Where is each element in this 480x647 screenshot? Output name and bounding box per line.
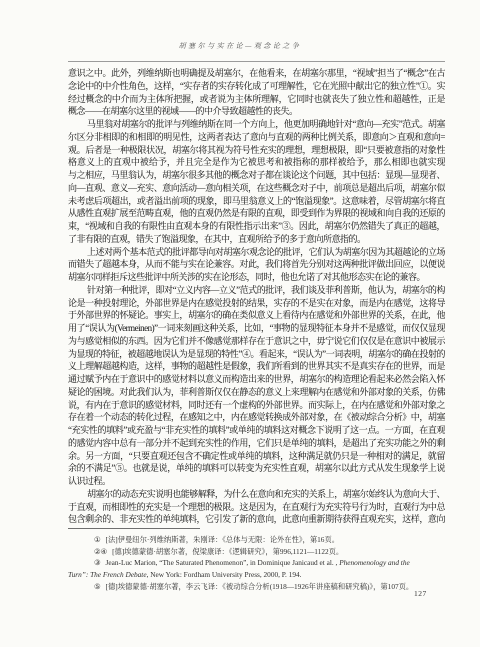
body-line: 用了“误认为(Vermeinen)”一词来刻画这种关系，比如，“事物的显现特征本… (68, 322, 445, 335)
footnote-marker: ① (94, 535, 101, 544)
body-line: 束，“视域和自我的有限性由直观本身的有限性指示出来”③。因此，胡塞尔仍然错失了真… (68, 220, 445, 233)
footnote-line: ②④[德]埃德蒙德·胡塞尔著，倪梁康译：《逻辑研究》，第996,1121—112… (68, 546, 445, 558)
body-line: 针对第一种批评，即对“立义内容—立义”范式的批评，我们谈及菲利普斯，他认为，胡塞… (68, 284, 445, 297)
header-rule (68, 61, 445, 62)
body-line: 于外部世界的怀疑论。事实上，胡塞尔的确在类似意义上看待内在感觉和外部世界的关系，… (68, 309, 445, 322)
body-line: 余。另一方面，“只要直观还包含不确定性或单纯的填料，这种满足就仍只是一种相对的满… (68, 450, 445, 463)
body-line: 概念——在胡塞尔这里的视域——的中介导致超越性的丧失。 (68, 105, 445, 118)
body-line: 向—直观、意义—充实、意向活动—意向相关项，在这些概念对子中，前项总是超出后项，… (68, 182, 445, 195)
page-number: 127 (414, 589, 427, 598)
body-line: 念论中的中介性角色，这样，“实存者的实存转化成了可理解性，它在光照中献出它的独立… (68, 80, 445, 93)
body-line: 胡塞尔的动态充实说明也能够解释，为什么在意向和充实的关系上，胡塞尔始终认为意向大… (68, 488, 445, 501)
book-page: 胡塞尔与实在论—观念论之争 意识之中。此外，列维纳斯也明确提及胡塞尔，在他看来，… (0, 0, 480, 647)
footnotes: ①[法]伊曼纽尔·列维纳斯著，朱刚译：《总体与无限：论外在性》，第16页。 ②④… (68, 534, 445, 592)
running-head-title: 胡塞尔与实在论—观念论之争 (0, 41, 480, 51)
body-line: 格意义上的直观中被给予，并且完全是作为它被思考和被指称的那样被给予，那么相即也就… (68, 156, 445, 169)
body-line: 了非有限的直观，错失了饱溢现象，在其中，直观所给予的多于意向所意指的。 (68, 233, 445, 246)
footnote-marker: ⑤ (94, 582, 101, 591)
body-line: 余的不满足”⑤。也就是说，单纯的填料可以转变为充实性直观，胡塞尔以此方式从发生现… (68, 462, 445, 475)
body-line: “充实性的填料”或充盈与“非充实性的填料”或单纯的填料这对概念下说明了这一点。一… (68, 424, 445, 437)
body-line: 为与感觉相似的东西。因为它们并不像感觉那样存在于意识之中，毋宁说它们仅仅是在意识… (68, 335, 445, 348)
body-line: 疑论的困境。对此我们认为，菲利普斯仅仅在静态的意义上来理解内在感觉和外部对象的关… (68, 386, 445, 399)
body-line: 经过概念的中介而为主体所把握，或者说为主体所理解，它同时也就丧失了独立性和超越性… (68, 93, 445, 106)
footnote-line: ①[法]伊曼纽尔·列维纳斯著，朱刚译：《总体与无限：论外在性》，第16页。 (68, 534, 445, 546)
body-line: 通过赋予内在于意识中的感觉材料以意义而构造出来的世界，胡塞尔的构造理论看起来必然… (68, 373, 445, 386)
body-line: 尔区分非相即的和相即的明见性，这两者表达了意向与直观的两种比例关系，即意向＞直观… (68, 131, 445, 144)
body-line: 观。后者是一种极限状况，胡塞尔将其视为符号性充实的理想，理想极限，即“只要被意指… (68, 144, 445, 157)
footnote-text: [德]埃德蒙德·胡塞尔著，倪梁康译：《逻辑研究》，第996,1121—1122页… (112, 547, 343, 556)
body-line: 从感性直观扩展至范畴直观，他的直观仍然是有限的直观，即受到作为界限的视域和向自我… (68, 207, 445, 220)
footnote-rule (68, 528, 200, 529)
body-line: 而错失了超越本身，从而不能与实在论兼容。对此，我们将首先分别对这两种批评做出回应… (68, 258, 445, 271)
body-line: 未考虑后项超出，或者溢出前项的现象，即马里翁意义上的“饱溢现象”。这意味着，尽管… (68, 195, 445, 208)
body-line: 意识之中。此外，列维纳斯也明确提及胡塞尔，在他看来，在胡塞尔那里，“视域”担当了… (68, 67, 445, 80)
body-line: 论是一种投射理论，外部世界是内在感觉投射的结果，实存的不是实在对象，而是内在感觉… (68, 297, 445, 310)
footnote-line: Turn”: The French Debate, New York: Ford… (68, 569, 445, 581)
body-line: 存在着一个动态的转化过程，在感知之中，内在感觉转换成外部对象，在《被动综合分析》… (68, 411, 445, 424)
footnote-line: ⑤[德]埃德蒙德·胡塞尔著，李云飞译：《被动综合分析(1918—1926年讲座稿… (68, 581, 445, 593)
body-line: 义上理解超越构造，这样，事物的超越性是假象，我们所看到的世界其实不是真实存在的世… (68, 360, 445, 373)
body-line: 于直观，而相即性的充实是一个理想的极限。这是因为，在直观行为充实符号行为时，直观… (68, 501, 445, 514)
body-line: 马里翁对胡塞尔的批评与列维纳斯在同一个方向上，他更加明确地针对“意向—充实”范式… (68, 118, 445, 131)
footnote-text: [德]埃德蒙德·胡塞尔著，李云飞译：《被动综合分析(1918—1926年讲座稿和… (106, 582, 414, 591)
footnote-line: ③Jean-Luc Marion, “The Saturated Phenome… (68, 557, 445, 569)
body-line: 说，有内在于意识的感觉材料，同时还有一个虚构的外部世界。而实际上，在内在感觉和外… (68, 399, 445, 412)
body-line: 胡塞尔同样拒斥这些批评中所关涉的实在论形态，同时，他也允诺了对其他形态实在论的兼… (68, 271, 445, 284)
body-text: 意识之中。此外，列维纳斯也明确提及胡塞尔，在他看来，在胡塞尔那里，“视域”担当了… (68, 67, 445, 526)
body-line: 包含剩余的、非充实性的单纯填料，它引发了新的意向，此意向重新期待获得直观充实，这… (68, 513, 445, 526)
body-line: 与之相应，马里翁认为，胡塞尔很多其他的概念对子都在谈论这个问题，其中包括：显现—… (68, 169, 445, 182)
footnote-citation-italic: Turn”: The French Debate (68, 570, 147, 579)
body-line: 上述对两个基本范式的批评都导向对胡塞尔观念论的批评，它们认为胡塞尔因为其超越论的… (68, 246, 445, 259)
footnote-marker: ③ (94, 558, 101, 567)
footnote-marker: ②④ (94, 547, 107, 556)
body-line: 认识过程。 (68, 475, 445, 488)
body-line: 的感觉内容中总有一部分并不起到充实性的作用，它们只是单纯的填料，是超出了充实功能… (68, 437, 445, 450)
body-line: 为显现的特征，被超越地误认为是显现的特性”④。看起来，“误认为”一词表明，胡塞尔… (68, 348, 445, 361)
footnote-text: [法]伊曼纽尔·列维纳斯著，朱刚译：《总体与无限：论外在性》，第16页。 (106, 535, 340, 544)
footnote-text: Jean-Luc Marion, “The Saturated Phenomen… (106, 558, 340, 567)
footnote-text: , New York: Fordham University Press, 20… (147, 570, 302, 579)
